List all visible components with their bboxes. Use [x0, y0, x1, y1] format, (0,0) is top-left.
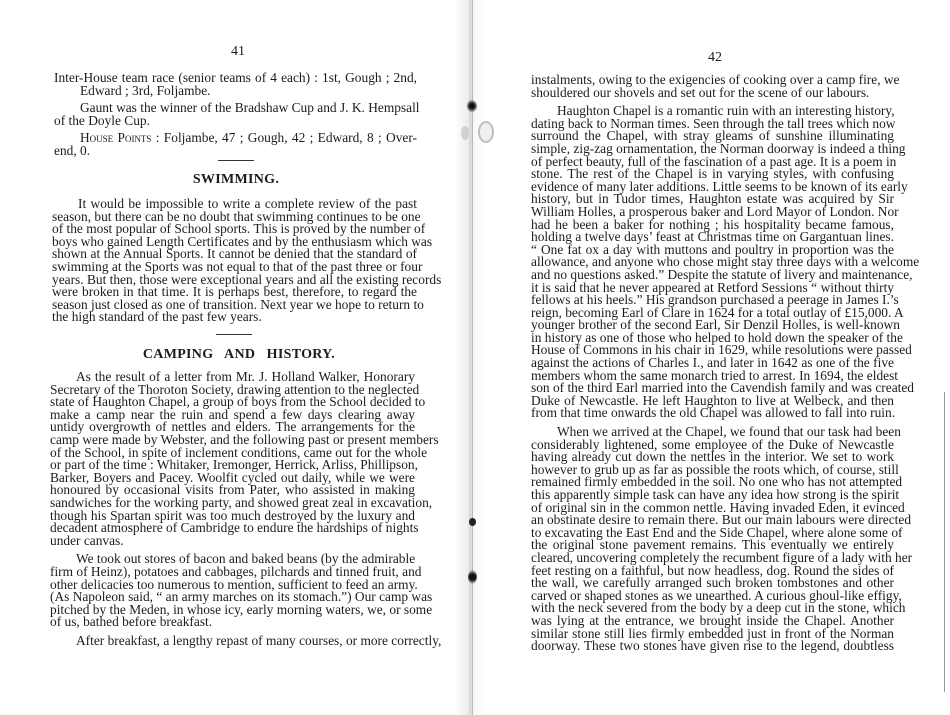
- text-line: from that time onwards the old Chapel wa…: [531, 407, 894, 420]
- page-number: 42: [695, 50, 735, 66]
- section-heading-camping-and-history: CAMPING AND HISTORY.: [0, 347, 478, 363]
- house-points-line: House Points : Foljambe, 47 ; Gough, 42 …: [54, 132, 417, 145]
- section-divider: [216, 334, 252, 335]
- text-line: of us, bathed before breakfast.: [50, 616, 415, 629]
- text-line: doorway. These two stones have given ris…: [531, 640, 894, 653]
- book-spread: 41 Inter-House team race (senior teams o…: [0, 0, 950, 715]
- text-line: end, 0.: [54, 145, 417, 158]
- swimming-paragraph: It would be impossible to write a comple…: [52, 198, 417, 324]
- house-points-label: House Points :: [80, 130, 159, 145]
- text-line: Edward ; 3rd, Foljambe.: [54, 85, 417, 98]
- text-line: the high standard of the past few years.: [52, 311, 417, 324]
- section-divider: [218, 160, 254, 161]
- right-page-body: instalments, owing to the exigencies of …: [531, 74, 894, 653]
- results-section: Inter-House team race (senior teams of 4…: [54, 72, 417, 158]
- text-line: under canvas.: [50, 535, 415, 548]
- text-line: shouldered our shovels and set out for t…: [531, 87, 894, 100]
- section-heading-swimming: SWIMMING.: [0, 172, 472, 188]
- camping-paragraph-1: As the result of a letter from Mr. J. Ho…: [50, 371, 415, 647]
- text-line: After breakfast, a lengthy repast of man…: [50, 635, 415, 648]
- left-page: 41 Inter-House team race (senior teams o…: [0, 0, 470, 715]
- house-points-values: Foljambe, 47 ; Gough, 42 ; Edward, 8 ; O…: [159, 130, 417, 145]
- page-number: 41: [218, 44, 258, 60]
- text-line: of the Doyle Cup.: [54, 115, 417, 128]
- right-page: 42 instalments, owing to the exigencies …: [470, 0, 950, 715]
